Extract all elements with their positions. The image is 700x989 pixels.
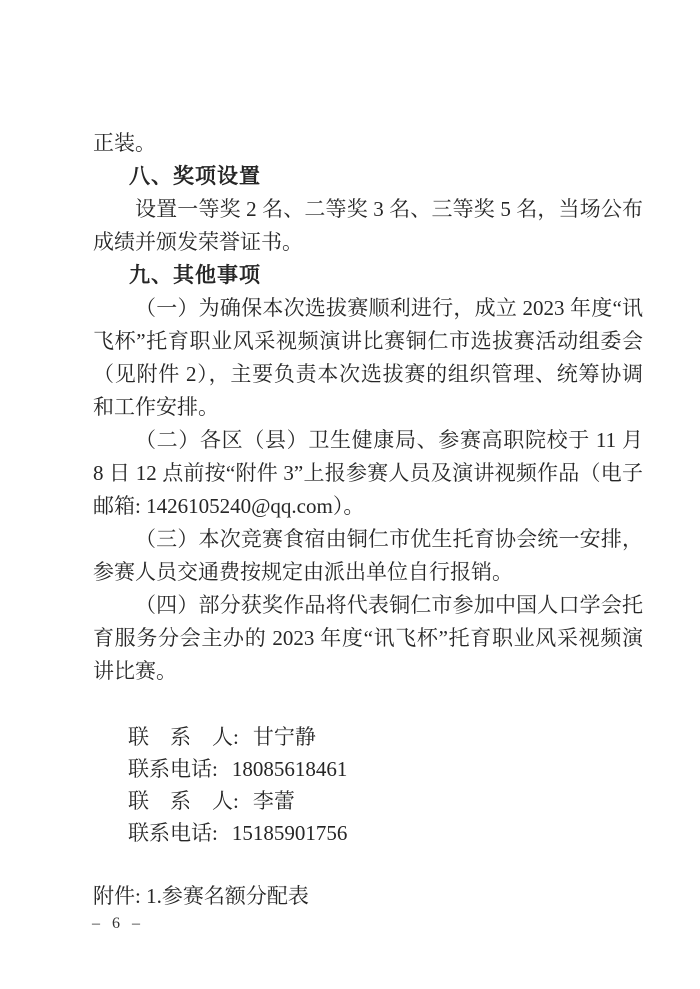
document-content: 正装。 八、奖项设置 设置一等奖 2 名、二等奖 3 名、三等奖 5 名，当场公… bbox=[93, 127, 643, 913]
contact-person-name: 甘宁静 bbox=[253, 725, 316, 749]
contact-person-label: 联 系 人: bbox=[128, 789, 239, 813]
contact-person-label: 联 系 人: bbox=[128, 725, 239, 749]
contact-block: 联 系 人:甘宁静 联系电话:18085618461 联 系 人:李蕾 联系电话… bbox=[93, 721, 643, 849]
paragraph-other-item-1: （一）为确保本次选拔赛顺利进行，成立 2023 年度“讯飞杯”托育职业风采视频演… bbox=[93, 292, 643, 424]
contact-phone-label: 联系电话: bbox=[128, 821, 218, 845]
paragraph-other-item-4: （四）部分获奖作品将代表铜仁市参加中国人口学会托育服务分会主办的 2023 年度… bbox=[93, 589, 643, 688]
section-heading-awards: 八、奖项设置 bbox=[129, 160, 643, 193]
contact-person-row: 联 系 人:甘宁静 bbox=[128, 721, 643, 753]
paragraph-continuation: 正装。 bbox=[93, 127, 643, 160]
document-page: 正装。 八、奖项设置 设置一等奖 2 名、二等奖 3 名、三等奖 5 名，当场公… bbox=[0, 0, 700, 989]
contact-phone-label: 联系电话: bbox=[128, 757, 218, 781]
contact-phone-row: 联系电话:18085618461 bbox=[128, 753, 643, 785]
contact-phone-number: 18085618461 bbox=[232, 757, 348, 781]
contact-person-name: 李蕾 bbox=[253, 789, 295, 813]
contact-phone-row: 联系电话:15185901756 bbox=[128, 817, 643, 849]
contact-phone-number: 15185901756 bbox=[232, 821, 348, 845]
paragraph-other-item-2: （二）各区（县）卫生健康局、参赛高职院校于 11 月 8 日 12 点前按“附件… bbox=[93, 424, 643, 523]
section-heading-other: 九、其他事项 bbox=[129, 259, 643, 292]
paragraph-awards-setup: 设置一等奖 2 名、二等奖 3 名、三等奖 5 名，当场公布成绩并颁发荣誉证书。 bbox=[93, 193, 643, 259]
attachment-line: 附件: 1.参赛名额分配表 bbox=[93, 880, 643, 913]
contact-person-row: 联 系 人:李蕾 bbox=[128, 785, 643, 817]
paragraph-other-item-3: （三）本次竞赛食宿由铜仁市优生托育协会统一安排，参赛人员交通费按规定由派出单位自… bbox=[93, 523, 643, 589]
page-number: – 6 – bbox=[92, 915, 144, 933]
